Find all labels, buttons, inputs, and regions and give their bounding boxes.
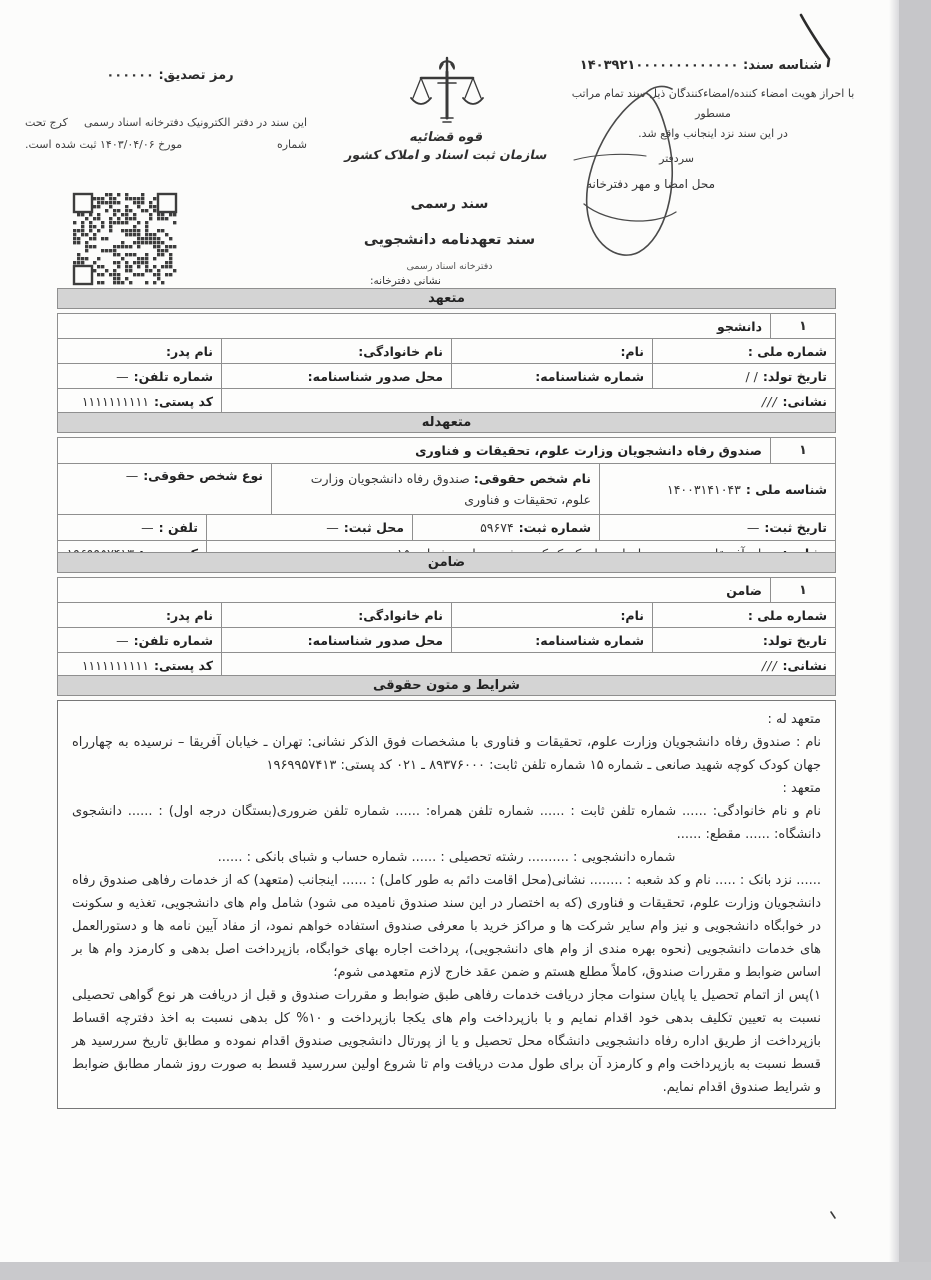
page-title: سند تعهدنامه دانشجویی xyxy=(0,232,899,248)
last-name-cell: نام خانوادگی: xyxy=(222,339,452,363)
phone-value: — xyxy=(116,633,129,648)
reg-number-cell: شماره ثبت:۵۹۶۷۴ xyxy=(413,515,600,540)
scanner-background-right xyxy=(899,0,931,1280)
father-name-label: نام پدر: xyxy=(166,608,213,623)
table-row: نشانی:/// کد پستی:۱۱۱۱۱۱۱۱۱۱ xyxy=(58,388,835,413)
national-id-cell: شماره ملی : xyxy=(653,603,835,627)
id-number-cell: شماره شناسنامه: xyxy=(452,628,653,652)
address-value: /// xyxy=(762,394,778,409)
obligee-name: صندوق رفاه دانشجویان وزارت علوم، تحقیقات… xyxy=(415,443,762,458)
first-name-label: نام: xyxy=(620,344,644,359)
legal-type-value: — xyxy=(126,468,139,483)
terms-paragraph: ...... نزد بانک : ..... نام و کد شعبه : … xyxy=(72,869,821,984)
reg-date-label: تاریخ ثبت: xyxy=(764,520,827,535)
address-value: /// xyxy=(762,658,778,673)
table-row: تاریخ تولد:/ / شماره شناسنامه: محل صدور … xyxy=(58,363,835,388)
id-number-cell: شماره شناسنامه: xyxy=(452,364,653,388)
national-id-label: شناسه ملی : xyxy=(746,482,827,497)
office-address-label: نشانی دفترخانه: xyxy=(370,275,530,287)
obligor-section-title: متعهد xyxy=(57,288,836,309)
terms-paragraph: نام : صندوق رفاه دانشجویان وزارت علوم، ت… xyxy=(72,731,821,777)
father-name-label: نام پدر: xyxy=(166,344,213,359)
postal-code-cell: کد پستی:۱۱۱۱۱۱۱۱۱۱ xyxy=(58,653,222,677)
postal-code-label: کد پستی: xyxy=(154,658,213,673)
id-issue-place-cell: محل صدور شناسنامه: xyxy=(222,628,452,652)
guarantor-section: ضامن ۱ ضامن شماره ملی : نام: نام خانوادگ… xyxy=(57,552,836,678)
birth-date-cell: تاریخ تولد: xyxy=(653,628,835,652)
table-row: ۱ صندوق رفاه دانشجویان وزارت علوم، تحقیق… xyxy=(58,438,835,463)
document-page: شناسه سند: ۱۴۰۳۹۲۱۰۰۰۰۰۰۰۰۰۰۰۰۰ با احراز… xyxy=(0,0,899,1262)
table-row: شناسه ملی :۱۴۰۰۳۱۴۱۰۴۳ نام شخص حقوقی: صن… xyxy=(58,463,835,514)
reg-place-cell: محل ثبت:— xyxy=(207,515,413,540)
terms-section: شرایط و متون حقوقی متعهد له : نام : صندو… xyxy=(57,675,836,1109)
reg-number-value: ۵۹۶۷۴ xyxy=(480,520,514,535)
legal-name-label: نام شخص حقوقی: xyxy=(474,471,591,486)
birth-date-label: تاریخ تولد: xyxy=(763,633,827,648)
table-row: نشانی:/// کد پستی:۱۱۱۱۱۱۱۱۱۱ xyxy=(58,652,835,677)
last-name-label: نام خانوادگی: xyxy=(358,608,443,623)
national-id-value: ۱۴۰۰۳۱۴۱۰۴۳ xyxy=(667,482,741,497)
id-number-label: شماره شناسنامه: xyxy=(535,369,644,384)
guarantor-section-title: ضامن xyxy=(57,552,836,573)
org-name-line2: سازمان ثبت اسناد و املاک کشور xyxy=(55,147,837,162)
phone-cell: تلفن :— xyxy=(58,515,207,540)
seal-place-note: محل امضا و مهر دفترخانه xyxy=(586,177,715,191)
header-center: قوه قضائیه سازمان ثبت اسناد و املاک کشور xyxy=(57,56,836,162)
obligee-table: ۱ صندوق رفاه دانشجویان وزارت علوم، تحقیق… xyxy=(57,437,836,567)
reg-date-value: — xyxy=(747,520,760,535)
legal-type-cell: نوع شخص حقوقی:— xyxy=(58,464,272,514)
judiciary-scales-icon xyxy=(405,56,489,130)
pen-dot-mark-icon xyxy=(829,1210,837,1220)
document-type-title: سند رسمی xyxy=(0,196,899,212)
last-name-label: نام خانوادگی: xyxy=(358,344,443,359)
birth-date-cell: تاریخ تولد:/ / xyxy=(653,364,835,388)
table-row: شماره ملی : نام: نام خانوادگی: نام پدر: xyxy=(58,602,835,627)
terms-paragraph: متعهد له : xyxy=(72,708,821,731)
table-row: تاریخ تولد: شماره شناسنامه: محل صدور شنا… xyxy=(58,627,835,652)
national-id-label: شماره ملی : xyxy=(748,608,827,623)
terms-body: متعهد له : نام : صندوق رفاه دانشجویان وز… xyxy=(57,700,836,1109)
id-issue-place-cell: محل صدور شناسنامه: xyxy=(222,364,452,388)
page-right-edge-shadow xyxy=(889,0,899,1262)
last-name-cell: نام خانوادگی: xyxy=(222,603,452,627)
birth-date-value: / / xyxy=(746,369,758,384)
national-id-label: شماره ملی : xyxy=(748,344,827,359)
table-row: شماره ملی : نام: نام خانوادگی: نام پدر: xyxy=(58,338,835,363)
obligor-role: دانشجو xyxy=(58,314,771,338)
phone-value: — xyxy=(116,369,129,384)
table-row: ۱ ضامن xyxy=(58,578,835,602)
row-number: ۱ xyxy=(771,578,835,602)
reg-place-label: محل ثبت: xyxy=(344,520,404,535)
phone-label: شماره تلفن: xyxy=(134,369,213,384)
father-name-cell: نام پدر: xyxy=(58,603,222,627)
father-name-cell: نام پدر: xyxy=(58,339,222,363)
obligor-table: ۱ دانشجو شماره ملی : نام: نام خانوادگی: … xyxy=(57,313,836,414)
obligor-role-label: دانشجو xyxy=(717,319,762,334)
postal-code-label: کد پستی: xyxy=(154,394,213,409)
address-cell: نشانی:/// xyxy=(222,389,835,413)
postal-code-value: ۱۱۱۱۱۱۱۱۱۱ xyxy=(82,658,149,673)
id-number-label: شماره شناسنامه: xyxy=(535,633,644,648)
row-number: ۱ xyxy=(771,314,835,338)
reg-place-value: — xyxy=(326,520,339,535)
legal-type-label: نوع شخص حقوقی: xyxy=(143,468,263,483)
table-row: تاریخ ثبت:— شماره ثبت:۵۹۶۷۴ محل ثبت:— تل… xyxy=(58,514,835,540)
table-row: ۱ دانشجو xyxy=(58,314,835,338)
scanner-background-bottom xyxy=(0,1262,931,1280)
address-cell: نشانی:/// xyxy=(222,653,835,677)
phone-value: — xyxy=(141,520,154,535)
postal-code-cell: کد پستی:۱۱۱۱۱۱۱۱۱۱ xyxy=(58,389,222,413)
obligee-section: متعهدله ۱ صندوق رفاه دانشجویان وزارت علو… xyxy=(57,412,836,567)
guarantor-role: ضامن xyxy=(58,578,771,602)
reg-date-cell: تاریخ ثبت:— xyxy=(600,515,835,540)
obligor-section: متعهد ۱ دانشجو شماره ملی : نام: نام خانو… xyxy=(57,288,836,414)
national-id-cell: شناسه ملی :۱۴۰۰۳۱۴۱۰۴۳ xyxy=(600,464,835,514)
first-name-cell: نام: xyxy=(452,603,653,627)
obligee-section-title: متعهدله xyxy=(57,412,836,433)
reg-number-label: شماره ثبت: xyxy=(519,520,591,535)
phone-cell: شماره تلفن:— xyxy=(58,364,222,388)
org-name-line1: قوه قضائیه xyxy=(55,130,837,145)
legal-name-cell: نام شخص حقوقی: صندوق رفاه دانشجویان وزار… xyxy=(272,464,600,514)
first-name-cell: نام: xyxy=(452,339,653,363)
phone-label: شماره تلفن: xyxy=(134,633,213,648)
id-issue-place-label: محل صدور شناسنامه: xyxy=(308,633,443,648)
obligee-name-cell: صندوق رفاه دانشجویان وزارت علوم، تحقیقات… xyxy=(58,438,771,463)
guarantor-table: ۱ ضامن شماره ملی : نام: نام خانوادگی: نا… xyxy=(57,577,836,678)
row-number: ۱ xyxy=(771,438,835,463)
phone-label: تلفن : xyxy=(159,520,198,535)
terms-paragraph: شماره دانشجویی : .......... رشته تحصیلی … xyxy=(72,846,821,869)
birth-date-label: تاریخ تولد: xyxy=(763,369,827,384)
postal-code-value: ۱۱۱۱۱۱۱۱۱۱ xyxy=(82,394,149,409)
terms-section-title: شرایط و متون حقوقی xyxy=(57,675,836,696)
scanned-document: { "colors": { "band_gray": "#d4d4d4", "b… xyxy=(0,0,931,1280)
id-issue-place-label: محل صدور شناسنامه: xyxy=(308,369,443,384)
address-label: نشانی: xyxy=(783,394,827,409)
phone-cell: شماره تلفن:— xyxy=(58,628,222,652)
terms-paragraph: ۱)پس از اتمام تحصیل یا پایان سنوات مجاز … xyxy=(72,984,821,1099)
terms-paragraph: نام و نام خانوادگی: ...... شماره تلفن ثا… xyxy=(72,800,821,846)
address-label: نشانی: xyxy=(783,658,827,673)
terms-paragraph: متعهد : xyxy=(72,777,821,800)
national-id-cell: شماره ملی : xyxy=(653,339,835,363)
office-type-label: دفترخانه اسناد رسمی xyxy=(0,261,899,272)
first-name-label: نام: xyxy=(620,608,644,623)
guarantor-role-label: ضامن xyxy=(726,583,762,598)
